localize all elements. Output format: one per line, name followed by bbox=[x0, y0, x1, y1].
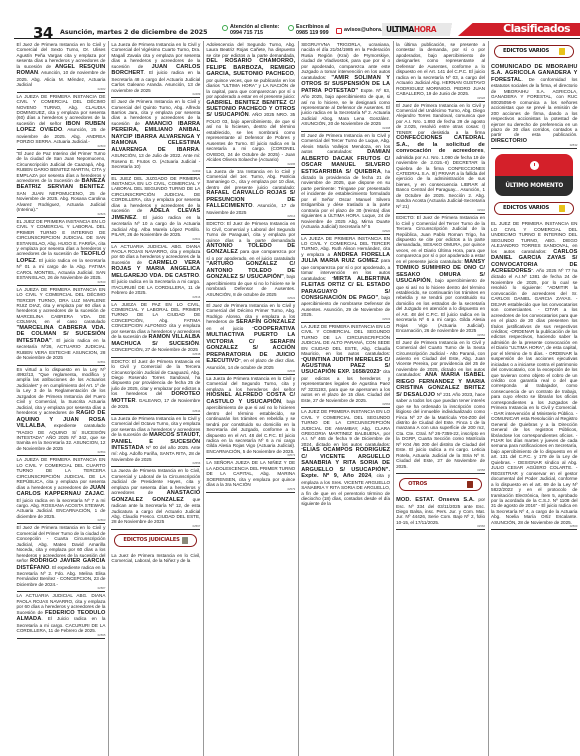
section-label: EDICTOS VARIOS bbox=[503, 206, 549, 211]
legal-notice: LA ACTUARIA JUDICIAL ABG. DIANA PAOLA RO… bbox=[17, 592, 106, 638]
legal-notice: LA JUEZ DE PRIMERA INSTANCIA EN LO CIVIL… bbox=[301, 323, 390, 408]
legal-notice: El Juez de Primera Instancia en lo Civil… bbox=[396, 339, 485, 474]
legal-notice: El Juez de Primera Instancia en lo Civil… bbox=[396, 102, 485, 215]
legal-notice: El Juez de Primera Instancia en lo Civil… bbox=[111, 98, 200, 174]
envelope-icon bbox=[336, 28, 342, 34]
legal-notice: LA JUEZA DE PRIMERA INSTANCIA DE CIVIL Y… bbox=[17, 93, 106, 150]
classifieds-columns: El Juez de Primera Instancia en lo Civil… bbox=[14, 41, 580, 756]
document-icon bbox=[467, 481, 473, 488]
publication-date: Asunción, martes 2 de diciembre de 2025 bbox=[60, 29, 208, 36]
legal-notice: EL JUEZ DEL JUZGADO DE PRIMERA INSTANCIA… bbox=[111, 175, 200, 243]
legal-notice: EL JUEZ DE PRIMERA INSTANCIA EN LO CIVIL… bbox=[491, 220, 577, 530]
legal-notice: La Jueza de 1ra Instancia en lo Civil y … bbox=[206, 168, 295, 221]
column-4: SEGRUYVNA TRIGORLA, ucraniana, nacida el… bbox=[299, 41, 394, 756]
brand-banner: ULTIMAHORA Clasificados bbox=[382, 23, 580, 36]
legal-notice: EDICTO: El Juez de Primera Instancia en … bbox=[111, 358, 200, 415]
legal-notice: "El Juez de Paz Interino del Primer Turn… bbox=[17, 150, 106, 218]
section-label: EDICTOS VARIOS bbox=[503, 49, 549, 54]
notepad-icon bbox=[559, 205, 565, 212]
legal-notice: El Juez de Primera Instancia en lo Civil… bbox=[17, 524, 106, 592]
legal-notice: MOD. ESTAT. Onseva S.A. por Esc. Nº 334 … bbox=[396, 496, 485, 530]
logo-part-hora: HORA bbox=[414, 25, 436, 34]
column-6: EDICTOS VARIOS COMUNICADO DE MBORAIHU S.… bbox=[489, 41, 580, 756]
customer-service-phone: 0994 715 715 bbox=[230, 30, 279, 36]
column-1: El Juez de Primera Instancia en lo Civil… bbox=[14, 41, 109, 756]
legal-notice: LA JUEZ DE PRIMERA INSTANCIA EN LO CIVIL… bbox=[301, 408, 390, 508]
section-header-edictos-judiciales: EDICTOS JUDICIALES bbox=[114, 534, 197, 547]
column-3: Adolescencia del Segundo Turno, Abg. Lau… bbox=[204, 41, 299, 756]
legal-notice: La Juez de Primera Instancia en lo Civil… bbox=[111, 552, 200, 565]
legal-notice: SEGRUYVNA TRIGORLA, ucraniana, nacida el… bbox=[301, 41, 390, 132]
ultimo-momento-banner[interactable]: ÚLTIMO MOMENTO bbox=[495, 154, 573, 196]
page-number: 34 bbox=[33, 24, 53, 42]
page-header: 34 Asunción, martes 2 de diciembre de 20… bbox=[0, 0, 580, 34]
section-header-edictos-varios: EDICTOS VARIOS bbox=[494, 45, 574, 58]
legal-notice: El Juez de Primera Instancia en lo Civil… bbox=[17, 41, 106, 93]
legal-notice: LA JUEZA DE PRIMERA INSTANCIA EN LO CIVI… bbox=[17, 286, 106, 366]
section-header-otros: OTROS bbox=[399, 478, 482, 491]
legal-notice: LA JUEZA DE PAZ EN LO CIVIL, COMERCIAL Y… bbox=[111, 301, 200, 358]
whatsapp-icon bbox=[288, 25, 294, 31]
legal-notice: La Jueza de Primera Instancia en lo Civi… bbox=[111, 41, 200, 98]
legal-notice: LA JUEZA DE PRIMERA INSTANCIA EN LO CIVI… bbox=[17, 456, 106, 524]
write-us-phone: 0985 119 999 bbox=[296, 30, 330, 36]
legal-notice: la última publicación, se presente a con… bbox=[396, 41, 485, 102]
newspaper-logo: ULTIMAHORA bbox=[386, 25, 436, 34]
legal-notice: La Jueza de Primera Instancia en lo Civi… bbox=[111, 415, 200, 468]
whatsapp-icon bbox=[222, 25, 228, 31]
ultimo-momento-label: ÚLTIMO MOMENTO bbox=[505, 184, 563, 189]
legal-notice: Adolescencia del Segundo Turno, Abg. Lau… bbox=[206, 41, 295, 168]
gavel-icon bbox=[182, 537, 188, 544]
legal-notice: EDICTO: El Juez de Primera Instancia en … bbox=[396, 214, 485, 339]
legal-notice: EL JUEZ DE PRIMERA INSTANCIA EN LO CIVIL… bbox=[17, 218, 106, 286]
legal-notice: LA ACTUARIA JUDICIAL ABG. DIANA PAOLA RO… bbox=[111, 243, 200, 301]
section-title: Clasificados bbox=[503, 22, 570, 35]
clock-icon bbox=[530, 161, 539, 170]
legal-notice: EDICTO: El Juez de Primera Instancia en … bbox=[206, 220, 295, 302]
notepad-icon bbox=[559, 48, 565, 55]
logo-part-ultima: ULTIMA bbox=[386, 25, 414, 34]
legal-notice: En virtud a lo dispuesto en la Ley Nº 49… bbox=[17, 366, 106, 457]
column-2: La Jueza de Primera Instancia en lo Civi… bbox=[109, 41, 204, 756]
section-label: EDICTOS JUDICIALES bbox=[123, 538, 179, 543]
section-header-edictos-varios: EDICTOS VARIOS bbox=[494, 202, 574, 215]
legal-notice: La Jueza de Primera Instancia en lo Civi… bbox=[111, 467, 200, 530]
legal-notice: La Jueza de Primera Instancia en lo Civi… bbox=[206, 375, 295, 459]
legal-notice: LA SEÑORA JUEZA DE LA NIÑEZ Y DE LA ADOL… bbox=[206, 459, 295, 492]
write-us-contact: Escribinos al 0985 119 999 bbox=[288, 24, 330, 37]
section-label: OTROS bbox=[408, 482, 427, 487]
header-divider bbox=[14, 38, 580, 39]
legal-notice: El Juez de Primera Instancia en lo Civil… bbox=[301, 132, 390, 235]
section-banner: Clasificados bbox=[458, 23, 580, 36]
legal-notice: COMUNICADO DE MBORAIHU S.A. AGRICOLA GAN… bbox=[491, 63, 577, 149]
legal-notice: LA JUEZA DE PRIMERA INSTANCIA EN LO CIVI… bbox=[301, 235, 390, 323]
column-5: la última publicación, se presente a con… bbox=[394, 41, 489, 756]
customer-service-contact: Atención al cliente: 0994 715 715 bbox=[222, 24, 279, 37]
legal-notice: El Juez de Primera Instancia en lo Civil… bbox=[206, 302, 295, 375]
